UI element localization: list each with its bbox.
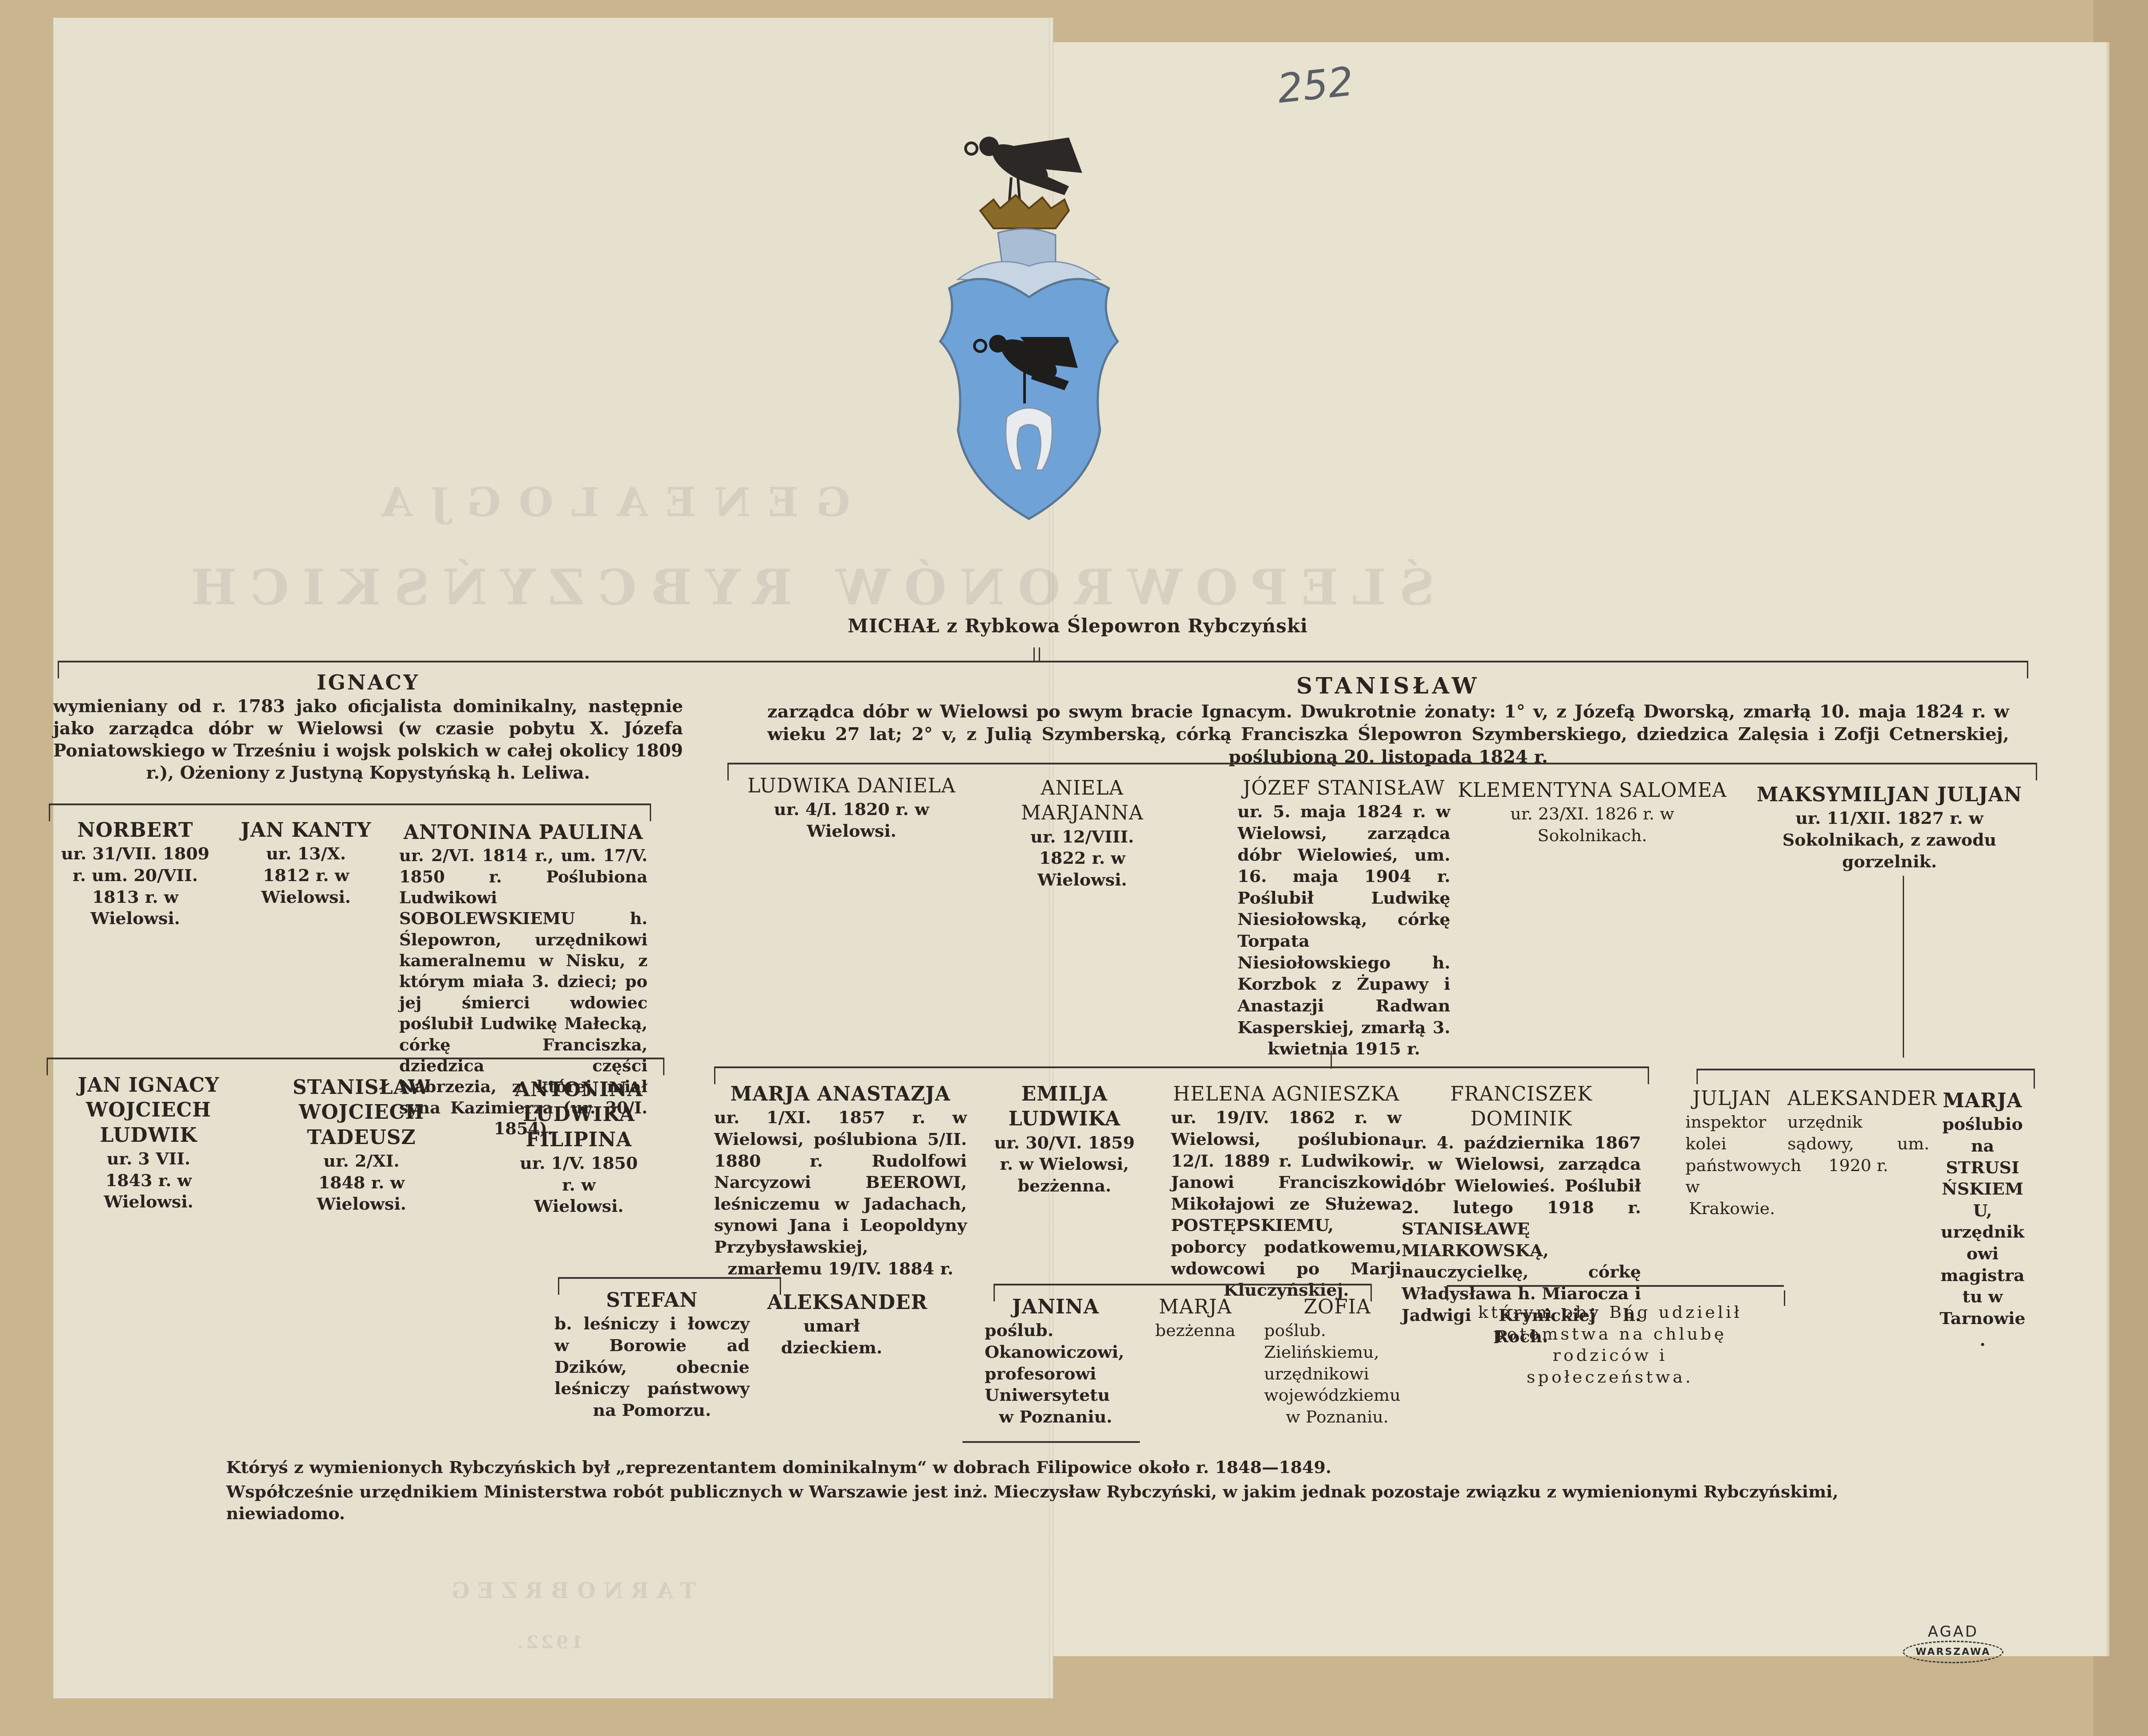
tree-connector <box>47 1058 663 1059</box>
person-aleksander-maks: ALEKSANDER urzędnik sądowy, um. 1920 r. <box>1787 1086 1929 1176</box>
coat-of-arms-icon <box>923 120 1224 563</box>
person-description: urzędnik sądowy, um. 1920 r. <box>1787 1111 1929 1176</box>
person-norbert: NORBERT ur. 31/VII. 1809 r. um. 20/VII. … <box>44 818 226 929</box>
person-description: zarządca dóbr w Wielowsi po swym bracie … <box>767 700 2009 768</box>
archive-stamp: AGAD WARSZAWA <box>1903 1623 2003 1663</box>
person-description: ur. 4/I. 1820 r. w Wielowsi. <box>727 799 976 842</box>
person-description: ur. 1/XI. 1857 r. w Wielowsi, poślubiona… <box>714 1107 967 1279</box>
person-name: MARJA ANASTAZJA <box>714 1082 967 1107</box>
person-stanislaw: STANISŁAW zarządca dóbr w Wielowsi po sw… <box>767 672 2009 768</box>
tree-connector <box>1903 876 1904 1058</box>
person-description: ur. 1/V. 1850 r. w Wielowsi. <box>475 1152 683 1217</box>
crown-icon <box>980 195 1069 228</box>
person-marja-helena: MARJA bezżenna <box>1140 1295 1251 1341</box>
person-name: JAN IGNACY WOJCIECH LUDWIK <box>47 1073 251 1148</box>
person-name: STEFAN <box>554 1288 750 1313</box>
person-name: KLEMENTYNA SALOMEA <box>1455 778 1730 803</box>
person-description: poślub. Okanowiczowi, profesorowi Uniwer… <box>985 1320 1127 1427</box>
person-name: STANISŁAW WOJCIECH TADEUSZ <box>251 1075 472 1150</box>
person-description: ur. 31/VII. 1809 r. um. 20/VII. 1813 r. … <box>44 843 226 929</box>
person-description: poślub. Zielińskiemu, urzędnikowi wojewó… <box>1264 1320 1410 1427</box>
person-name: FRANCISZEK DOMINIK <box>1402 1082 1641 1132</box>
person-name: ANIELA MARJANNA <box>989 776 1175 826</box>
stamp-agad: AGAD <box>1903 1623 2003 1641</box>
tree-connector <box>1648 1066 1649 1084</box>
person-description: b. leśniczy i łowczy w Borowie ad Dzików… <box>554 1313 750 1421</box>
person-description: ur. 3 VII. 1843 r. w Wielowsi. <box>47 1148 251 1213</box>
tree-connector <box>714 1066 1648 1068</box>
tree-connector <box>650 803 651 821</box>
person-description: ur. 2/XI. 1848 r. w Wielowsi. <box>251 1150 472 1215</box>
person-name: MAKSYMILJAN JULJAN <box>1739 783 2040 807</box>
person-ignacy: IGNACY wymieniany od r. 1783 jako oficja… <box>53 670 683 784</box>
person-description: ur. 11/XII. 1827 r. w Sokolnikach, z zaw… <box>1739 807 2040 872</box>
tree-connector <box>2034 1069 2035 1089</box>
person-name: LUDWIKA DANIELA <box>727 774 976 799</box>
franciszek-blessing: którym oby Bóg udzielił potomstwa na chl… <box>1473 1301 1747 1388</box>
show-through-place: TARNOBRZEG <box>444 1579 696 1603</box>
page-number: 252 <box>1275 58 1356 112</box>
footnote-2: Współcześnie urzędnikiem Ministerstwa ro… <box>226 1481 1912 1524</box>
footnote-1: Któryś z wymienionych Rybczyńskich był „… <box>226 1457 1912 1478</box>
person-jozef-stanislaw: JÓZEF STANISŁAW ur. 5. maja 1824 r. w Wi… <box>1237 776 1450 1060</box>
person-aleksander-child: ALEKSANDER umarł dzieckiem. <box>767 1290 896 1359</box>
person-name: ALEKSANDER <box>1787 1086 1929 1111</box>
person-antonina-ludwika: ANTONINA LUDWIKA FILIPINA ur. 1/V. 1850 … <box>475 1078 683 1217</box>
person-aniela-marjanna: ANIELA MARJANNA ur. 12/VIII. 1822 r. w W… <box>989 776 1175 891</box>
tree-connector <box>1033 647 1035 661</box>
tree-connector <box>727 763 2036 764</box>
person-description: ur. 13/X. 1812 r. w Wielowsi. <box>231 843 381 908</box>
tree-connector <box>993 1284 1370 1285</box>
person-name: ZOFIA <box>1264 1295 1410 1320</box>
person-name: JULJAN <box>1685 1086 1779 1111</box>
person-name: JAN KANTY <box>231 818 381 843</box>
show-through-subtitle: ŚLEPOWRONÓW RYBCZYŃSKICH <box>177 559 1435 616</box>
tree-connector <box>1447 1285 1784 1287</box>
person-stefan: STEFAN b. leśniczy i łowczy w Borowie ad… <box>554 1288 750 1421</box>
tree-connector <box>49 803 650 805</box>
tree-connector <box>1039 647 1040 661</box>
person-description: umarł dzieckiem. <box>767 1315 896 1358</box>
person-marja-strusinska: MARJA poślubiona STRUSIŃSKIEMU, urzędnik… <box>1938 1089 2027 1351</box>
tree-connector <box>58 661 2027 662</box>
crest-raven-icon <box>979 136 1082 206</box>
stamp-oval: WARSZAWA <box>1903 1641 2003 1663</box>
person-emilja-ludwika: EMILJA LUDWIKA ur. 30/VI. 1859 r. w Wiel… <box>971 1082 1158 1197</box>
person-maksymiljan-juljan: MAKSYMILJAN JULJAN ur. 11/XII. 1827 r. w… <box>1739 783 2040 872</box>
person-name: STANISŁAW <box>767 672 2009 700</box>
person-jan-kanty: JAN KANTY ur. 13/X. 1812 r. w Wielowsi. <box>231 818 381 908</box>
person-name: ANTONINA LUDWIKA FILIPINA <box>475 1078 683 1152</box>
person-description: poślubiona STRUSIŃSKIEMU, urzędnikowi ma… <box>1938 1113 2027 1351</box>
root-person-name: MICHAŁ z Rybkowa Ślepowron Rybczyński <box>834 614 1322 638</box>
person-name: ANTONINA PAULINA <box>399 820 648 845</box>
person-name: JANINA <box>985 1295 1127 1320</box>
person-ludwika-daniela: LUDWIKA DANIELA ur. 4/I. 1820 r. w Wielo… <box>727 774 976 842</box>
show-through-year: 1922. <box>514 1632 583 1653</box>
tree-connector <box>47 1058 48 1075</box>
person-juljan: JULJAN inspektor kolei państwowych w Kra… <box>1685 1086 1779 1219</box>
person-name: IGNACY <box>53 670 683 696</box>
tree-connector <box>2027 661 2028 678</box>
tree-connector <box>1696 1069 2034 1070</box>
person-description: inspektor kolei państwowych w Krakowie. <box>1685 1111 1779 1219</box>
tree-connector <box>1696 1069 1698 1084</box>
tree-connector <box>558 1277 780 1279</box>
person-name: JÓZEF STANISŁAW <box>1237 776 1450 801</box>
person-zofia: ZOFIA poślub. Zielińskiemu, urzędnikowi … <box>1264 1295 1410 1427</box>
tree-connector <box>1447 1285 1448 1301</box>
tree-connector <box>1331 1051 1332 1069</box>
person-description: ur. 30/VI. 1859 r. w Wielowsi, bezżenna. <box>971 1132 1158 1197</box>
tree-connector <box>714 1066 715 1084</box>
shield-icon <box>940 279 1118 519</box>
footnote-divider <box>962 1441 1140 1443</box>
tree-connector <box>1784 1290 1785 1306</box>
person-description: ur. 5. maja 1824 r. w Wielowsi, zarządca… <box>1237 801 1450 1060</box>
person-description: ur. 12/VIII. 1822 r. w Wielowsi. <box>989 826 1175 891</box>
tree-connector <box>663 1058 664 1075</box>
person-marja-anastazja: MARJA ANASTAZJA ur. 1/XI. 1857 r. w Wiel… <box>714 1082 967 1279</box>
person-jan-ignacy: JAN IGNACY WOJCIECH LUDWIK ur. 3 VII. 18… <box>47 1073 251 1213</box>
person-description: ur. 19/IV. 1862 r. w Wielowsi, poślubion… <box>1171 1107 1402 1301</box>
person-name: MARJA <box>1140 1295 1251 1320</box>
person-description: bezżenna <box>1140 1320 1251 1341</box>
person-name: HELENA AGNIESZKA <box>1171 1082 1402 1107</box>
person-name: NORBERT <box>44 818 226 843</box>
person-stanislaw-wojciech: STANISŁAW WOJCIECH TADEUSZ ur. 2/XI. 184… <box>251 1075 472 1215</box>
person-description: ur. 23/XI. 1826 r. w Sokolnikach. <box>1455 803 1730 846</box>
person-name: ALEKSANDER <box>767 1290 896 1315</box>
tree-connector <box>2036 763 2037 780</box>
person-klementyna-salomea: KLEMENTYNA SALOMEA ur. 23/XI. 1826 r. w … <box>1455 778 1730 846</box>
person-name: EMILJA LUDWIKA <box>971 1082 1158 1132</box>
person-janina: JANINA poślub. Okanowiczowi, profesorowi… <box>985 1295 1127 1427</box>
person-description: wymieniany od r. 1783 jako oficjalista d… <box>53 696 683 784</box>
person-helena-agnieszka: HELENA AGNIESZKA ur. 19/IV. 1862 r. w Wi… <box>1171 1082 1402 1301</box>
show-through-title: GENEALOGJA <box>364 479 850 526</box>
person-name: MARJA <box>1938 1089 2027 1113</box>
